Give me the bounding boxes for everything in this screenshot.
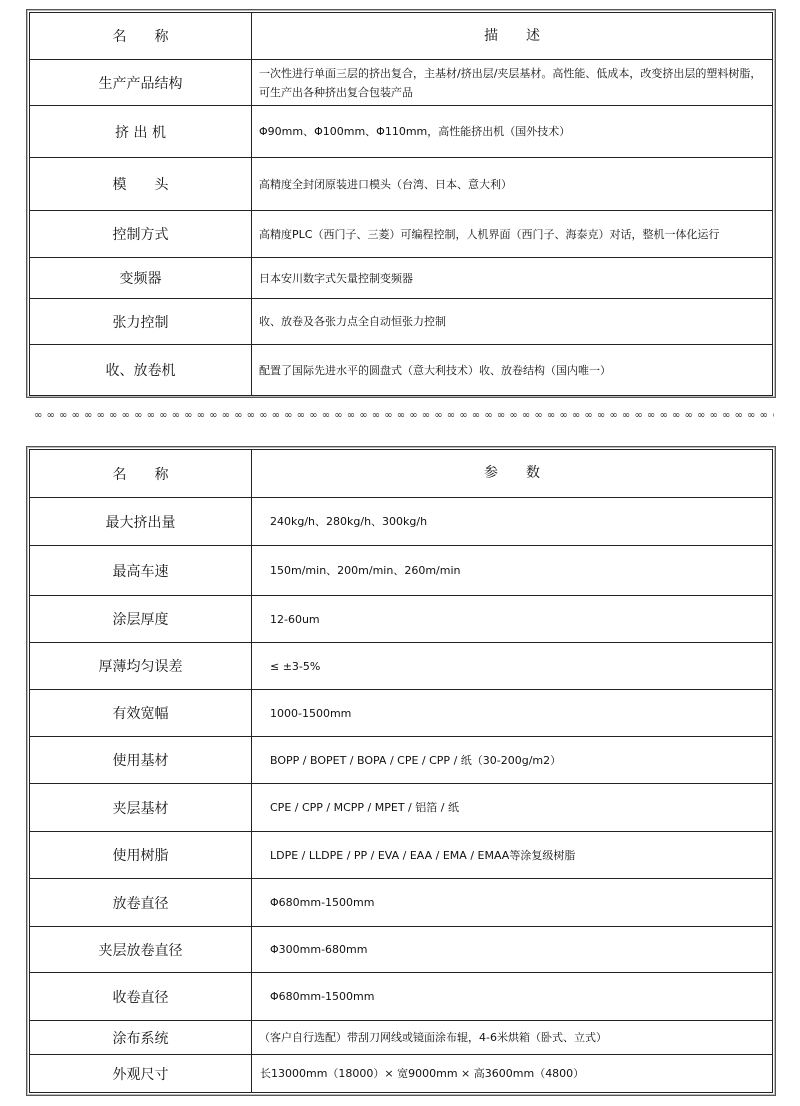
table-row: 夹层基材 CPE / CPP / MCPP / MPET / 铝箔 / 纸	[30, 784, 773, 832]
equipment-table: 名 称 描 述 生产产品结构 一次性进行单面三层的挤出复合，主基材/挤出层/夹层…	[26, 9, 776, 398]
row-name: 模 头	[30, 158, 252, 211]
header-desc: 参 数	[252, 450, 773, 498]
row-desc: 收、放卷及各张力点全自动恒张力控制	[252, 299, 773, 345]
row-name: 收、放卷机	[30, 345, 252, 396]
table-row: 变频器 日本安川数字式矢量控制变频器	[30, 258, 773, 299]
table-row: 厚薄均匀误差 ≤ ±3-5%	[30, 643, 773, 690]
header-name: 名 称	[30, 13, 252, 60]
row-name: 最高车速	[30, 546, 252, 596]
table-row: 涂布系统 （客户自行选配）带刮刀网线或镜面涂布辊，4-6米烘箱（卧式、立式）	[30, 1021, 773, 1055]
row-name: 最大挤出量	[30, 498, 252, 546]
header-desc: 描 述	[252, 13, 773, 60]
table-row: 放卷直径 Φ680mm-1500mm	[30, 879, 773, 927]
row-desc: 一次性进行单面三层的挤出复合，主基材/挤出层/夹层基材。高性能、低成本，改变挤出…	[252, 60, 773, 106]
table-row: 控制方式 高精度PLC（西门子、三菱）可编程控制，人机界面（西门子、海泰克）对话…	[30, 211, 773, 258]
table-row: 张力控制 收、放卷及各张力点全自动恒张力控制	[30, 299, 773, 345]
row-name: 涂层厚度	[30, 596, 252, 643]
row-desc: 长13000mm（18000）× 宽9000mm × 高3600mm（4800）	[252, 1055, 773, 1093]
table-row: 收、放卷机 配置了国际先进水平的圆盘式（意大利技术）收、放卷结构（国内唯一）	[30, 345, 773, 396]
row-desc: 高精度PLC（西门子、三菱）可编程控制，人机界面（西门子、海泰克）对话，整机一体…	[252, 211, 773, 258]
row-desc: 150m/min、200m/min、260m/min	[252, 546, 773, 596]
row-name: 挤 出 机	[30, 106, 252, 158]
table-row: 生产产品结构 一次性进行单面三层的挤出复合，主基材/挤出层/夹层基材。高性能、低…	[30, 60, 773, 106]
row-name: 使用树脂	[30, 832, 252, 879]
table-row: 使用树脂 LDPE / LLDPE / PP / EVA / EAA / EMA…	[30, 832, 773, 879]
row-desc: LDPE / LLDPE / PP / EVA / EAA / EMA / EM…	[252, 832, 773, 879]
table-row: 外观尺寸 长13000mm（18000）× 宽9000mm × 高3600mm（…	[30, 1055, 773, 1093]
table-header-row: 名 称 描 述	[30, 13, 773, 60]
row-name: 有效宽幅	[30, 690, 252, 737]
table-row: 模 头 高精度全封闭原装进口模头（台湾、日本、意大利）	[30, 158, 773, 211]
row-desc: （客户自行选配）带刮刀网线或镜面涂布辊，4-6米烘箱（卧式、立式）	[252, 1021, 773, 1055]
row-name: 放卷直径	[30, 879, 252, 927]
table-row: 有效宽幅 1000-1500mm	[30, 690, 773, 737]
parameter-table: 名 称 参 数 最大挤出量 240kg/h、280kg/h、300kg/h 最高…	[26, 446, 776, 1096]
row-name: 控制方式	[30, 211, 252, 258]
row-desc: Φ680mm-1500mm	[252, 973, 773, 1021]
table-row: 夹层放卷直径 Φ300mm-680mm	[30, 927, 773, 973]
table-row: 使用基材 BOPP / BOPET / BOPA / CPE / CPP / 纸…	[30, 737, 773, 784]
row-name: 夹层基材	[30, 784, 252, 832]
row-name: 变频器	[30, 258, 252, 299]
row-desc: 12-60um	[252, 596, 773, 643]
row-name: 厚薄均匀误差	[30, 643, 252, 690]
table-row: 收卷直径 Φ680mm-1500mm	[30, 973, 773, 1021]
row-desc: 配置了国际先进水平的圆盘式（意大利技术）收、放卷结构（国内唯一）	[252, 345, 773, 396]
row-name: 夹层放卷直径	[30, 927, 252, 973]
row-desc: CPE / CPP / MCPP / MPET / 铝箔 / 纸	[252, 784, 773, 832]
header-name: 名 称	[30, 450, 252, 498]
row-desc: Φ90mm、Φ100mm、Φ110mm，高性能挤出机（国外技术）	[252, 106, 773, 158]
table-row: 最高车速 150m/min、200m/min、260m/min	[30, 546, 773, 596]
row-name: 涂布系统	[30, 1021, 252, 1055]
row-desc: Φ680mm-1500mm	[252, 879, 773, 927]
row-desc: 1000-1500mm	[252, 690, 773, 737]
row-desc: 高精度全封闭原装进口模头（台湾、日本、意大利）	[252, 158, 773, 211]
row-name: 张力控制	[30, 299, 252, 345]
row-desc: BOPP / BOPET / BOPA / CPE / CPP / 纸（30-2…	[252, 737, 773, 784]
row-name: 外观尺寸	[30, 1055, 252, 1093]
row-desc: Φ300mm-680mm	[252, 927, 773, 973]
row-desc: 240kg/h、280kg/h、300kg/h	[252, 498, 773, 546]
row-name: 使用基材	[30, 737, 252, 784]
row-name: 收卷直径	[30, 973, 252, 1021]
decorative-separator: ∞ ∞ ∞ ∞ ∞ ∞ ∞ ∞ ∞ ∞ ∞ ∞ ∞ ∞ ∞ ∞ ∞ ∞ ∞ ∞ …	[34, 409, 774, 423]
table-row: 最大挤出量 240kg/h、280kg/h、300kg/h	[30, 498, 773, 546]
table-row: 挤 出 机 Φ90mm、Φ100mm、Φ110mm，高性能挤出机（国外技术）	[30, 106, 773, 158]
row-desc: 日本安川数字式矢量控制变频器	[252, 258, 773, 299]
table-row: 涂层厚度 12-60um	[30, 596, 773, 643]
table-header-row: 名 称 参 数	[30, 450, 773, 498]
row-desc: ≤ ±3-5%	[252, 643, 773, 690]
row-name: 生产产品结构	[30, 60, 252, 106]
